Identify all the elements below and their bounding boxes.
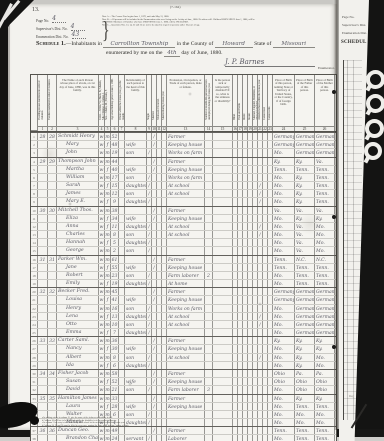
column-header-dw: Dwelling-houses numbered in order of vis… — [38, 75, 48, 131]
cell-bp: Mo. — [273, 190, 295, 197]
cell-bm: Tenn. — [315, 166, 335, 173]
cell-bp: Va. — [273, 207, 295, 214]
cell-bp: Mo. — [273, 198, 295, 205]
cell-rel: son — [125, 354, 147, 361]
cell-bf: Va. — [295, 239, 315, 246]
cell-rel — [125, 158, 147, 165]
cell-rel: daughter — [125, 313, 147, 320]
column-label: Maimed, Crippled, Bedridden, or otherwis… — [253, 76, 257, 120]
column-number: 6 — [111, 126, 118, 131]
cell-age: 21 — [111, 386, 119, 393]
cell-name: Laura — [57, 403, 99, 410]
column-label: Married during Census year. — [162, 76, 166, 120]
cell-age: 7 — [111, 329, 119, 336]
cell-bf: Pa. — [295, 370, 315, 377]
cell-rel — [125, 256, 147, 263]
table-row: 3Johnwm19son/Works on farmMo.GermanyGerm… — [31, 148, 336, 156]
cell-dw — [38, 362, 48, 369]
signature-handwriting: J. P. Barnes — [225, 58, 264, 66]
cell-bf: Germany — [295, 288, 315, 295]
cell-bp: Mo. — [273, 354, 295, 361]
cell-fam — [48, 215, 57, 222]
cell-bp: Mo. — [273, 239, 295, 246]
cell-sick — [213, 215, 233, 222]
county-label: in the County of — [177, 41, 214, 47]
cell-name: Hannah — [57, 239, 99, 246]
table-row: 12828Schmidt Henrywm52/FarmerGermanyGerm… — [31, 132, 336, 140]
cell-sick — [213, 133, 233, 140]
cell-sick — [213, 207, 233, 214]
cell-name: Parker Wm. — [57, 256, 99, 263]
cell-rel: son — [125, 321, 147, 328]
cell-fam: 30 — [48, 207, 57, 214]
column-header-age: Age at last birthday prior to June 1, 18… — [111, 75, 119, 131]
cell-sick — [213, 174, 233, 181]
table-row: 23Lenawf13daughter/At school/Mo.GermanyG… — [31, 312, 336, 320]
column-label: Number of months this person has been un… — [205, 76, 212, 120]
cell-dw — [38, 190, 48, 197]
cell-fam — [48, 166, 57, 173]
table-row: 13Charleswm8son/At school/Mo.Va.Mo. — [31, 230, 336, 238]
column-header-rel: Relationship of each person to the head … — [125, 75, 147, 131]
cell-sick — [213, 141, 233, 148]
binding-dot — [332, 90, 336, 94]
cell-rel: son — [125, 190, 147, 197]
cell-un: 2 — [205, 272, 213, 279]
cell-occ: Keeping house — [167, 141, 205, 148]
table-row: 17Janewf55wife/Keeping houseTenn.Tenn.Te… — [31, 263, 336, 271]
cell-rel — [125, 133, 147, 140]
cell-bm: Germany — [315, 288, 335, 295]
column-label: Insane. — [248, 76, 252, 120]
cell-name: Ida — [57, 362, 99, 369]
cell-un — [205, 133, 213, 140]
cell-rel — [125, 427, 147, 434]
cell-bm: Ky. — [315, 337, 335, 344]
cell-bf: Germany — [295, 149, 315, 156]
table-row: 373636Duncan Geo.wm49/FarmerTenn.Tenn.Te… — [31, 426, 336, 434]
column-number: 20 — [253, 126, 257, 131]
column-header-un: Number of months this person has been un… — [205, 75, 213, 131]
cell-ln: 17 — [31, 264, 38, 271]
cell-un — [205, 231, 213, 238]
cell-sick — [213, 345, 233, 352]
cell-un — [205, 370, 213, 377]
table-header-row: Dwelling-houses numbered in order of vis… — [31, 75, 336, 132]
column-label: Place of Birth of the Mother of this per… — [316, 79, 333, 93]
cell-un — [205, 435, 213, 441]
cell-ln: 28 — [31, 354, 38, 361]
cell-age: 52 — [111, 133, 119, 140]
table-row: 303434Fisher Jacobwm58/FarmerOhioPa.Pa. — [31, 369, 336, 377]
cell-occ: Keeping house — [167, 345, 205, 352]
cell-bm: Tenn. — [315, 198, 335, 205]
cell-age: 9 — [111, 198, 119, 205]
cell-sick — [213, 370, 233, 377]
cell-fam — [48, 296, 57, 303]
schedule-title: Schedule 1. — [36, 40, 66, 47]
column-number: 21 — [258, 126, 262, 131]
cell-ln: 1 — [31, 133, 38, 140]
cell-ln: 30 — [31, 370, 38, 377]
cell-age: 30 — [111, 345, 119, 352]
table-row: 29Idawf6daughter/Mo.Ky.Mo. — [31, 361, 336, 369]
cell-name: Carter Saml. — [57, 337, 99, 344]
cell-occ: Keeping house — [167, 403, 205, 410]
column-number: 19 — [248, 126, 252, 131]
cell-age: 15 — [111, 182, 119, 189]
cell-rel — [125, 207, 147, 214]
cell-fam — [48, 231, 57, 238]
cell-occ: Farmer — [167, 288, 205, 295]
cell-dw — [38, 321, 48, 328]
cell-name: Albert — [57, 354, 99, 361]
cell-bp: Mo. — [273, 386, 295, 393]
table-row: 28Albertwm8son/At school/Mo.Ky.Mo. — [31, 353, 336, 361]
cell-dw — [38, 141, 48, 148]
cell-name: Sarah — [57, 182, 99, 189]
cell-bm: Germany — [315, 149, 335, 156]
table-row: 333535Hamilton Jameswm33/FarmerMo.Ky.Ky. — [31, 394, 336, 402]
column-label: Is the person sick or temporarily disabl… — [214, 79, 231, 103]
cell-un — [205, 207, 213, 214]
cell-bf: Germany — [295, 321, 315, 328]
cell-bp: Mo. — [273, 329, 295, 336]
table-row: 27Nancywf30wife/Keeping houseMo.Ky.Ky. — [31, 344, 336, 352]
table-row: 14Hannahwf5daughter/Mo.Va.Mo. — [31, 238, 336, 246]
cell-bp: Ky. — [273, 158, 295, 165]
cell-bf: Tenn. — [295, 403, 315, 410]
cell-dw — [38, 386, 48, 393]
cell-un — [205, 174, 213, 181]
state-label: State of — [254, 41, 271, 47]
cell-occ: Keeping house — [167, 264, 205, 271]
table-row: 263333Carter Saml.wm36/FarmerKy.Ky.Ky. — [31, 336, 336, 344]
cell-sick — [213, 362, 233, 369]
page-number-stamp: 13. — [32, 7, 40, 13]
cell-occ: At school — [167, 321, 205, 328]
cell-bm: Germany — [315, 321, 335, 328]
cell-dw — [38, 166, 48, 173]
cell-dw — [38, 239, 48, 246]
cell-age: 8 — [111, 231, 119, 238]
cell-dw — [38, 272, 48, 279]
cell-bm: Va. — [315, 158, 335, 165]
census-table: Dwelling-houses numbered in order of vis… — [30, 74, 337, 441]
binding-dot — [332, 215, 336, 219]
cell-name: John — [57, 149, 99, 156]
cell-occ: Keeping house — [167, 215, 205, 222]
column-label: Single. — [147, 76, 151, 120]
cell-occ: Farmer — [167, 207, 205, 214]
table-row: 19Emilywf19daughter/At homeMo.Tenn.Tenn. — [31, 279, 336, 287]
cell-bf: Ohio — [295, 386, 315, 393]
cell-rel: wife — [125, 264, 147, 271]
cell-name: Martha — [57, 166, 99, 173]
column-header-fam: Families numbered in order of visitation… — [48, 75, 57, 131]
column-label: Cannot read. — [263, 76, 267, 120]
column-label: Relationship of each person to the head … — [126, 79, 145, 93]
form-number: (7-164) — [170, 5, 181, 9]
cell-age: 61 — [111, 256, 119, 263]
county-handwritten: Howard — [215, 41, 253, 48]
cell-rel: daughter — [125, 182, 147, 189]
cell-bm: Tenn. — [315, 435, 335, 441]
cell-occ: Works on farm — [167, 174, 205, 181]
cell-bm: Germany — [315, 313, 335, 320]
cell-bf: Tenn. — [295, 435, 315, 441]
cell-occ: Farmer — [167, 337, 205, 344]
cell-ln: 13 — [31, 231, 38, 238]
microfilm-mark: Reg — [349, 394, 354, 398]
scanner-background-left — [0, 0, 8, 432]
cell-ln: 27 — [31, 345, 38, 352]
cell-sick — [213, 166, 233, 173]
cell-ln: 9 — [31, 198, 38, 205]
cell-bp: Tenn. — [273, 166, 295, 173]
place-handwritten: Carrollton Township — [103, 41, 175, 48]
cell-dw — [38, 223, 48, 230]
cell-un — [205, 223, 213, 230]
cell-ln: 32 — [31, 386, 38, 393]
cell-name: Mary — [57, 141, 99, 148]
column-label: Sex.—Males, M.; Females, F. — [105, 76, 110, 120]
cell-age: 10 — [111, 321, 119, 328]
cell-fam — [48, 141, 57, 148]
cell-occ: Keeping house — [167, 166, 205, 173]
cell-occ: Keeping house — [167, 378, 205, 385]
cell-age: 55 — [111, 264, 119, 271]
cell-occ: At school — [167, 354, 205, 361]
cell-dw — [38, 313, 48, 320]
state-handwritten: Missouri — [273, 41, 315, 48]
table-row: 8Jameswm12son/At school/Mo.Ky.Tenn. — [31, 189, 336, 197]
enumeration-dist-label: Enumeration Dist. No. — [36, 35, 69, 39]
cell-bp: Germany — [273, 133, 295, 140]
cell-dw — [38, 329, 48, 336]
column-label: Dwelling-houses numbered in order of vis… — [38, 76, 47, 120]
date-label: day of June, 1880. — [181, 50, 222, 56]
cell-occ — [167, 329, 205, 336]
page-no-label: Page No. — [36, 19, 49, 23]
next-page-no-label: Page No. — [342, 15, 355, 19]
cell-age: 19 — [111, 280, 119, 287]
table-row: 24Ottowm10son/At school/Mo.GermanyGerman… — [31, 320, 336, 328]
column-label: If born within the Census year, give the… — [119, 76, 124, 120]
cell-bm: Germany — [315, 133, 335, 140]
column-number: 10 — [152, 126, 156, 131]
cell-dw — [38, 149, 48, 156]
cell-bp: Mo. — [273, 403, 295, 410]
column-number: 18 — [243, 126, 247, 131]
cell-occ: Farm laborer — [167, 272, 205, 279]
cell-dw: 36 — [38, 427, 48, 434]
cell-age: 48 — [111, 141, 119, 148]
column-number: 15 — [213, 126, 232, 131]
cell-dw: 29 — [38, 158, 48, 165]
table-row: 34Laurawf28wife/Keeping houseMo.Tenn.Ten… — [31, 402, 336, 410]
cell-un — [205, 198, 213, 205]
cell-dw — [38, 354, 48, 361]
cell-fam: 28 — [48, 133, 57, 140]
cell-name: Fisher Jacob — [57, 370, 99, 377]
table-row: 42929Thompson Johnwm44/FarmerKy.Ky.Va. — [31, 157, 336, 165]
cell-bp: Ohio — [273, 370, 295, 377]
cell-fam — [48, 329, 57, 336]
cell-dw — [38, 403, 48, 410]
cell-bm: Pa. — [315, 370, 335, 377]
cell-sick — [213, 305, 233, 312]
column-header-name: The Name of each Person whose place of a… — [57, 75, 99, 131]
cell-occ: Laborer — [167, 435, 205, 441]
note-c: Note C.—Questions Nos. 13, 14, 22 and 23… — [102, 24, 317, 27]
cell-bf: Tenn. — [295, 272, 315, 279]
cell-age: 40 — [111, 166, 119, 173]
cell-un — [205, 182, 213, 189]
cell-sick — [213, 395, 233, 402]
cell-ln: 2 — [31, 141, 38, 148]
cell-sick — [213, 354, 233, 361]
table-row: 5Marthawf40wife/Keeping houseTenn.Tenn.T… — [31, 165, 336, 173]
column-number: 26 — [315, 126, 334, 131]
cell-bf: Germany — [295, 296, 315, 303]
cell-bm: Tenn. — [315, 182, 335, 189]
supervisor-dist-label: Supervisor's Dist. No. — [36, 27, 68, 31]
cell-bm: Mo. — [315, 354, 335, 361]
cell-ln: 5 — [31, 166, 38, 173]
table-row: 38Brandon Charleswm24servant/LaborerMo.T… — [31, 434, 336, 441]
cell-un — [205, 403, 213, 410]
cell-bp: Mo. — [273, 247, 295, 254]
cell-rel: daughter — [125, 280, 147, 287]
cell-rel: daughter — [125, 223, 147, 230]
cell-occ: Farm laborer — [167, 386, 205, 393]
cell-ln: 3 — [31, 149, 38, 156]
column-number: 7 — [119, 126, 124, 131]
table-row: 25Emmawf7daughter/Mo.GermanyGermany — [31, 328, 336, 336]
cell-bm: Mo. — [315, 362, 335, 369]
cell-un — [205, 247, 213, 254]
cell-sick — [213, 149, 233, 156]
cell-rel: wife — [125, 215, 147, 222]
cell-sick — [213, 403, 233, 410]
cell-un — [205, 345, 213, 352]
cell-rel: son — [125, 247, 147, 254]
cell-dw — [38, 305, 48, 312]
cell-bp: Mo. — [273, 272, 295, 279]
cell-rel: wife — [125, 296, 147, 303]
column-number: 13 — [167, 126, 204, 131]
binder-ring-icon — [364, 142, 382, 160]
cell-un — [205, 362, 213, 369]
column-number — [31, 130, 37, 131]
cell-bf: Germany — [295, 313, 315, 320]
cell-name: Schmidt Henry — [57, 133, 99, 140]
cell-rel: wife — [125, 141, 147, 148]
cell-occ: Works on farm — [167, 305, 205, 312]
cell-un — [205, 313, 213, 320]
cell-fam — [48, 280, 57, 287]
cell-bm: Tenn. — [315, 190, 335, 197]
column-header-ln — [31, 75, 38, 131]
cell-age: 24 — [111, 435, 119, 441]
table-row: 163131Parker Wm.wm61/FarmerTenn.N.C.N.C. — [31, 255, 336, 263]
cell-bm: Tenn. — [315, 272, 335, 279]
cell-name: Susan — [57, 378, 99, 385]
cell-fam — [48, 264, 57, 271]
cell-bp: Mo. — [273, 435, 295, 441]
cell-sick — [213, 296, 233, 303]
cell-un — [205, 395, 213, 402]
table-body: 12828Schmidt Henrywm52/FarmerGermanyGerm… — [31, 132, 336, 441]
cell-fam — [48, 272, 57, 279]
cell-un — [205, 321, 213, 328]
cell-rel — [125, 337, 147, 344]
column-header-bf: Place of Birth of the Father of this per… — [295, 75, 315, 131]
cell-name: Becker Fred. — [57, 288, 99, 295]
cell-name: Nancy — [57, 345, 99, 352]
cell-sick — [213, 280, 233, 287]
column-number: 17 — [238, 126, 242, 131]
cell-name: Charles — [57, 231, 99, 238]
cell-sick — [213, 264, 233, 271]
cell-un — [205, 256, 213, 263]
cell-ln: 21 — [31, 296, 38, 303]
cell-bm: Mo. — [315, 247, 335, 254]
cell-ln: 12 — [31, 223, 38, 230]
cell-age: 12 — [111, 190, 119, 197]
cell-bf: Ky. — [295, 158, 315, 165]
cell-bf: Va. — [295, 223, 315, 230]
column-number: 12 — [162, 126, 166, 131]
column-label: Widowed. Divorced. — [157, 76, 161, 120]
cell-name: Mary E. — [57, 198, 99, 205]
cell-un — [205, 305, 213, 312]
table-row: 2Marywf48wife/Keeping houseGermanyGerman… — [31, 140, 336, 148]
cell-name: Jane — [57, 264, 99, 271]
cell-occ: Farmer — [167, 370, 205, 377]
cell-age: 33 — [111, 395, 119, 402]
cell-fam: 29 — [48, 158, 57, 165]
cell-ln: 23 — [31, 313, 38, 320]
cell-bm: Mo. — [315, 411, 335, 418]
cell-bp: Tenn. — [273, 264, 295, 271]
cell-name: Duncan Geo. — [57, 427, 99, 434]
cell-fam — [48, 198, 57, 205]
cell-ln: 11 — [31, 215, 38, 222]
column-label: Deaf and Dumb. — [238, 76, 242, 120]
cell-sick — [213, 329, 233, 336]
cell-bp: Mo. — [273, 280, 295, 287]
cell-bf: Ky. — [295, 337, 315, 344]
cell-un — [205, 288, 213, 295]
schedule-lead: —Inhabitants in — [66, 41, 102, 47]
enumerated-label: enumerated by me on the — [106, 50, 163, 56]
column-label: Place of Birth of the Father of this per… — [296, 79, 313, 93]
cell-sick — [213, 427, 233, 434]
column-header-bp: Place of Birth of this person, naming St… — [273, 75, 295, 131]
cell-rel: son — [125, 174, 147, 181]
cell-rel: son — [125, 231, 147, 238]
binder-ring-icon — [365, 119, 384, 138]
cell-bm: Germany — [315, 329, 335, 336]
cell-fam — [48, 247, 57, 254]
column-label: Attended school within the Census year. — [258, 76, 262, 120]
cell-name: Henry — [57, 305, 99, 312]
table-row: 9Mary E.wf9daughter//Mo.Ky.Tenn. — [31, 197, 336, 205]
cell-dw — [38, 182, 48, 189]
cell-bf: Tenn. — [295, 264, 315, 271]
